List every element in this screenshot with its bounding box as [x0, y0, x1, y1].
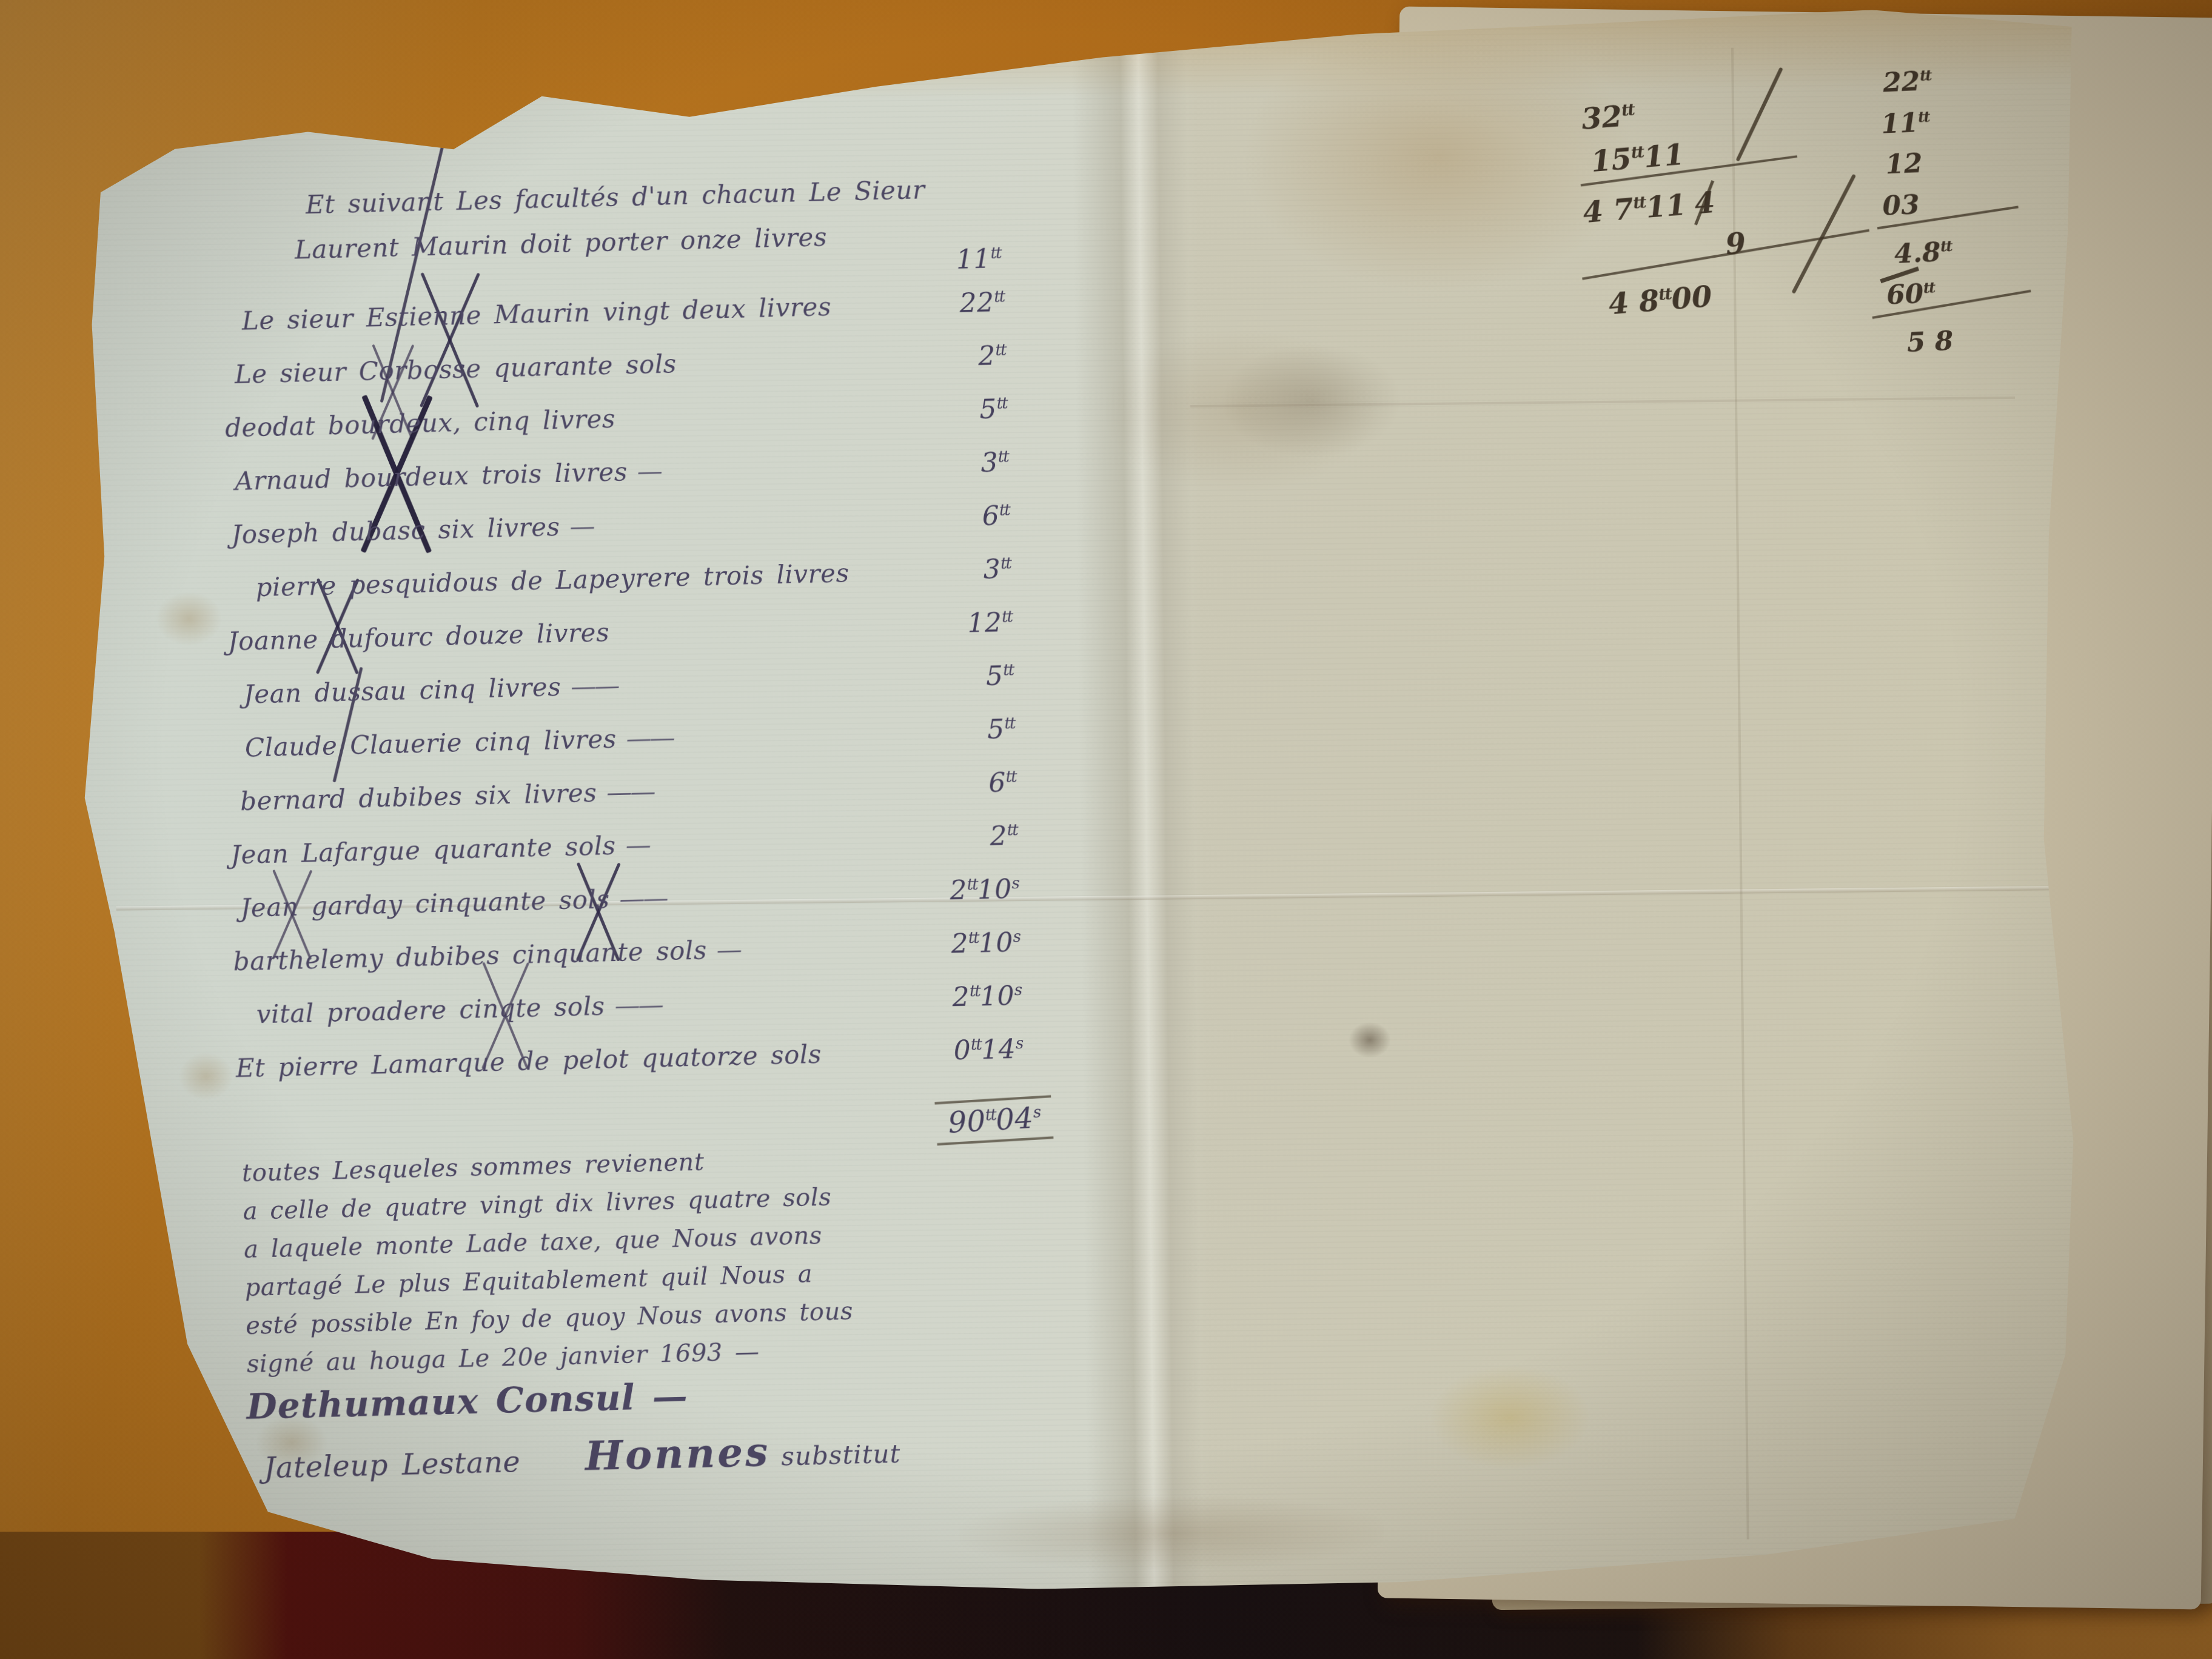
leader-dash: —	[716, 934, 740, 964]
header-line: Et suivant Les facultés d'un chacun Le S…	[306, 175, 926, 220]
leader-dash: ——	[614, 990, 662, 1021]
stain	[178, 1052, 233, 1101]
entry-name: pierre pesquidous de Lapeyrere trois liv…	[255, 558, 850, 602]
entry-name: Arnaud bourdeux trois livres	[235, 457, 628, 496]
entry-name: Claude Clauerie cinq livres	[244, 723, 617, 762]
entry-name: bernard dubibes six livres	[240, 777, 597, 816]
header-line: Laurent Maurin doit porter onze livres	[294, 222, 827, 264]
stain	[1349, 1022, 1392, 1059]
calc-line: 11tt	[1880, 93, 2056, 142]
signature-name: Honnes	[585, 1428, 771, 1480]
calc-line: 12	[1885, 134, 2057, 183]
photo-background: Et suivant Les facultés d'un chacun Le S…	[0, 0, 2212, 1659]
entry-name: deodat bourdeux, cinq livres	[225, 403, 616, 443]
entry-name: Le sieur Estienne Maurin vingt deux livr…	[241, 291, 831, 335]
entry-name: Le sieur Corbosse quarante sols	[234, 349, 677, 389]
amount: 0tt14s	[953, 1032, 1073, 1066]
leader-dash: ——	[571, 670, 618, 701]
entry-name: Jean dussau cinq livres	[243, 671, 561, 709]
amount: 5tt	[985, 659, 1064, 691]
livre-sign: tt	[990, 244, 1001, 262]
total-amount: 90tt04s	[934, 1095, 1053, 1145]
entry-name: Jean garday cinquante sols	[240, 884, 610, 923]
amount: 2tt10s	[952, 979, 1071, 1013]
amount-livres: 11	[956, 243, 991, 275]
amount: 5tt	[979, 392, 1057, 424]
amount: 2tt	[978, 338, 1056, 371]
leader-dash: —	[637, 455, 661, 486]
entry-name: Jean Lafargue quarante sols	[230, 830, 616, 870]
signature-consul: Dethumaux Consul —	[246, 1375, 689, 1427]
leader-dash: ——	[619, 882, 667, 913]
fold-crease-center	[1071, 17, 1202, 1595]
signature-second: Jateleup Lestane	[263, 1445, 521, 1485]
amount: 11tt	[956, 243, 1001, 275]
stain	[1220, 342, 1403, 459]
amount: 2tt10s	[950, 872, 1069, 906]
amount: 3tt	[983, 552, 1061, 585]
amount: 5tt	[987, 712, 1065, 745]
stain	[155, 591, 223, 646]
leader-dash: —	[569, 511, 594, 541]
entry-name: vital proadere cinqte sols	[256, 991, 605, 1029]
sol-sign: s	[1033, 1103, 1041, 1122]
manuscript-paper: Et suivant Les facultés d'un chacun Le S…	[64, 8, 2100, 1606]
entry-name: barthelemy dubibes cinquante sols	[233, 935, 707, 976]
calc-line: 4.8tt	[1893, 223, 2061, 272]
entry-name: Joseph dubasc six livres	[231, 511, 560, 549]
leader-dash: ——	[626, 722, 674, 753]
amount: 6tt	[982, 498, 1060, 531]
entry-name: Et pierre Lamarque de pelot quatorze sol…	[235, 1039, 822, 1083]
stain	[1431, 1365, 1590, 1470]
amount: 3tt	[980, 445, 1059, 478]
amount: 12tt	[967, 605, 1062, 638]
left-page-text: Et suivant Les facultés d'un chacun Le S…	[214, 164, 1084, 1567]
leader-dash: —	[625, 829, 649, 860]
amount: 2tt10s	[951, 925, 1070, 959]
calc-line: 03	[1882, 175, 2059, 224]
closing-paragraph: toutes Lesqueles sommes revienent a cell…	[241, 1139, 902, 1384]
tax-entry-list: Le sieur Estienne Maurin vingt deux livr…	[217, 274, 1073, 1094]
leader-dash: ——	[606, 776, 654, 807]
signature-title: substitut	[781, 1439, 901, 1472]
calc-line: 5 8	[1906, 313, 2065, 361]
total-sols: 04	[994, 1101, 1034, 1138]
calc-line: 22tt	[1882, 52, 2054, 101]
entry-name: Joanne dufourc douze livres	[227, 617, 609, 655]
arithmetic-column-right: 22tt 11tt 12 03 4.8tt 60tt 5 8	[1870, 52, 2065, 362]
amount: 2tt	[990, 819, 1068, 851]
amount: 6tt	[988, 765, 1067, 798]
signature-substitut: Honnessubstitut	[585, 1425, 901, 1480]
amount: 22tt	[959, 285, 1054, 318]
livre-sign: tt	[985, 1106, 996, 1125]
total-livres: 90	[947, 1104, 986, 1141]
arithmetic-column-left: 32tt 15tt11 4 7tt114 9 4 8tt00	[1574, 70, 1906, 324]
